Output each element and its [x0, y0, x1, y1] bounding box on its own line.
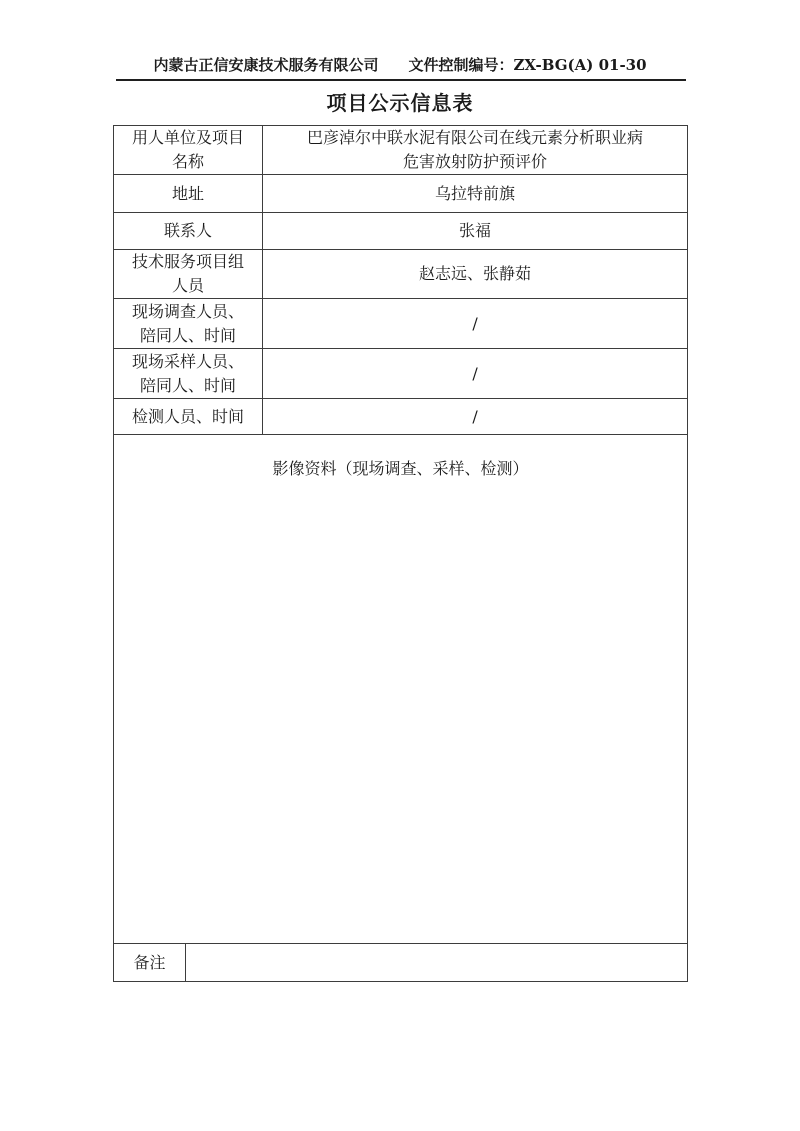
- table-row: 现场采样人员、 陪同人、时间 /: [114, 349, 688, 399]
- table-row: 联系人 张福: [114, 213, 688, 250]
- table-row: 影像资料（现场调查、采样、检测）: [114, 435, 688, 944]
- table-row: 检测人员、时间 /: [114, 399, 688, 435]
- page-title: 项目公示信息表: [0, 90, 800, 116]
- document-page: 内蒙古正信安康技术服务有限公司文件控制编号：ZX-BG(A) 01-30 项目公…: [0, 0, 800, 1131]
- row-value-employer-project-name: 巴彦淖尔中联水泥有限公司在线元素分析职业病 危害放射防护预评价: [263, 126, 688, 175]
- row-label-employer-project-name: 用人单位及项目 名称: [114, 126, 263, 175]
- project-info-table: 用人单位及项目 名称 巴彦淖尔中联水泥有限公司在线元素分析职业病 危害放射防护预…: [113, 125, 688, 982]
- row-value-service-team: 赵志远、张静茹: [263, 250, 688, 299]
- doc-control-number: 文件控制编号：ZX-BG(A) 01-30: [408, 56, 646, 74]
- table-row: 现场调查人员、 陪同人、时间 /: [114, 299, 688, 349]
- document-header: 内蒙古正信安康技术服务有限公司文件控制编号：ZX-BG(A) 01-30: [113, 54, 687, 76]
- row-value-testing-personnel: /: [263, 399, 688, 435]
- table-row: 用人单位及项目 名称 巴彦淖尔中联水泥有限公司在线元素分析职业病 危害放射防护预…: [114, 126, 688, 175]
- row-label-testing-personnel: 检测人员、时间: [114, 399, 263, 435]
- row-label-service-team: 技术服务项目组 人员: [114, 250, 263, 299]
- remarks-label-cell: 备注: [114, 944, 186, 982]
- company-name: 内蒙古正信安康技术服务有限公司: [153, 56, 378, 74]
- row-value-site-survey: /: [263, 299, 688, 349]
- table-row: 备注: [114, 944, 688, 982]
- row-label-address: 地址: [114, 175, 263, 213]
- media-section-cell: 影像资料（现场调查、采样、检测）: [114, 435, 688, 944]
- table-row: 地址 乌拉特前旗: [114, 175, 688, 213]
- remarks-value-cell: [186, 944, 688, 982]
- table-row: 技术服务项目组 人员 赵志远、张静茹: [114, 250, 688, 299]
- row-value-address: 乌拉特前旗: [263, 175, 688, 213]
- row-value-contact: 张福: [263, 213, 688, 250]
- header-divider: [116, 79, 686, 81]
- row-label-contact: 联系人: [114, 213, 263, 250]
- row-label-site-sampling: 现场采样人员、 陪同人、时间: [114, 349, 263, 399]
- row-value-site-sampling: /: [263, 349, 688, 399]
- row-label-site-survey: 现场调查人员、 陪同人、时间: [114, 299, 263, 349]
